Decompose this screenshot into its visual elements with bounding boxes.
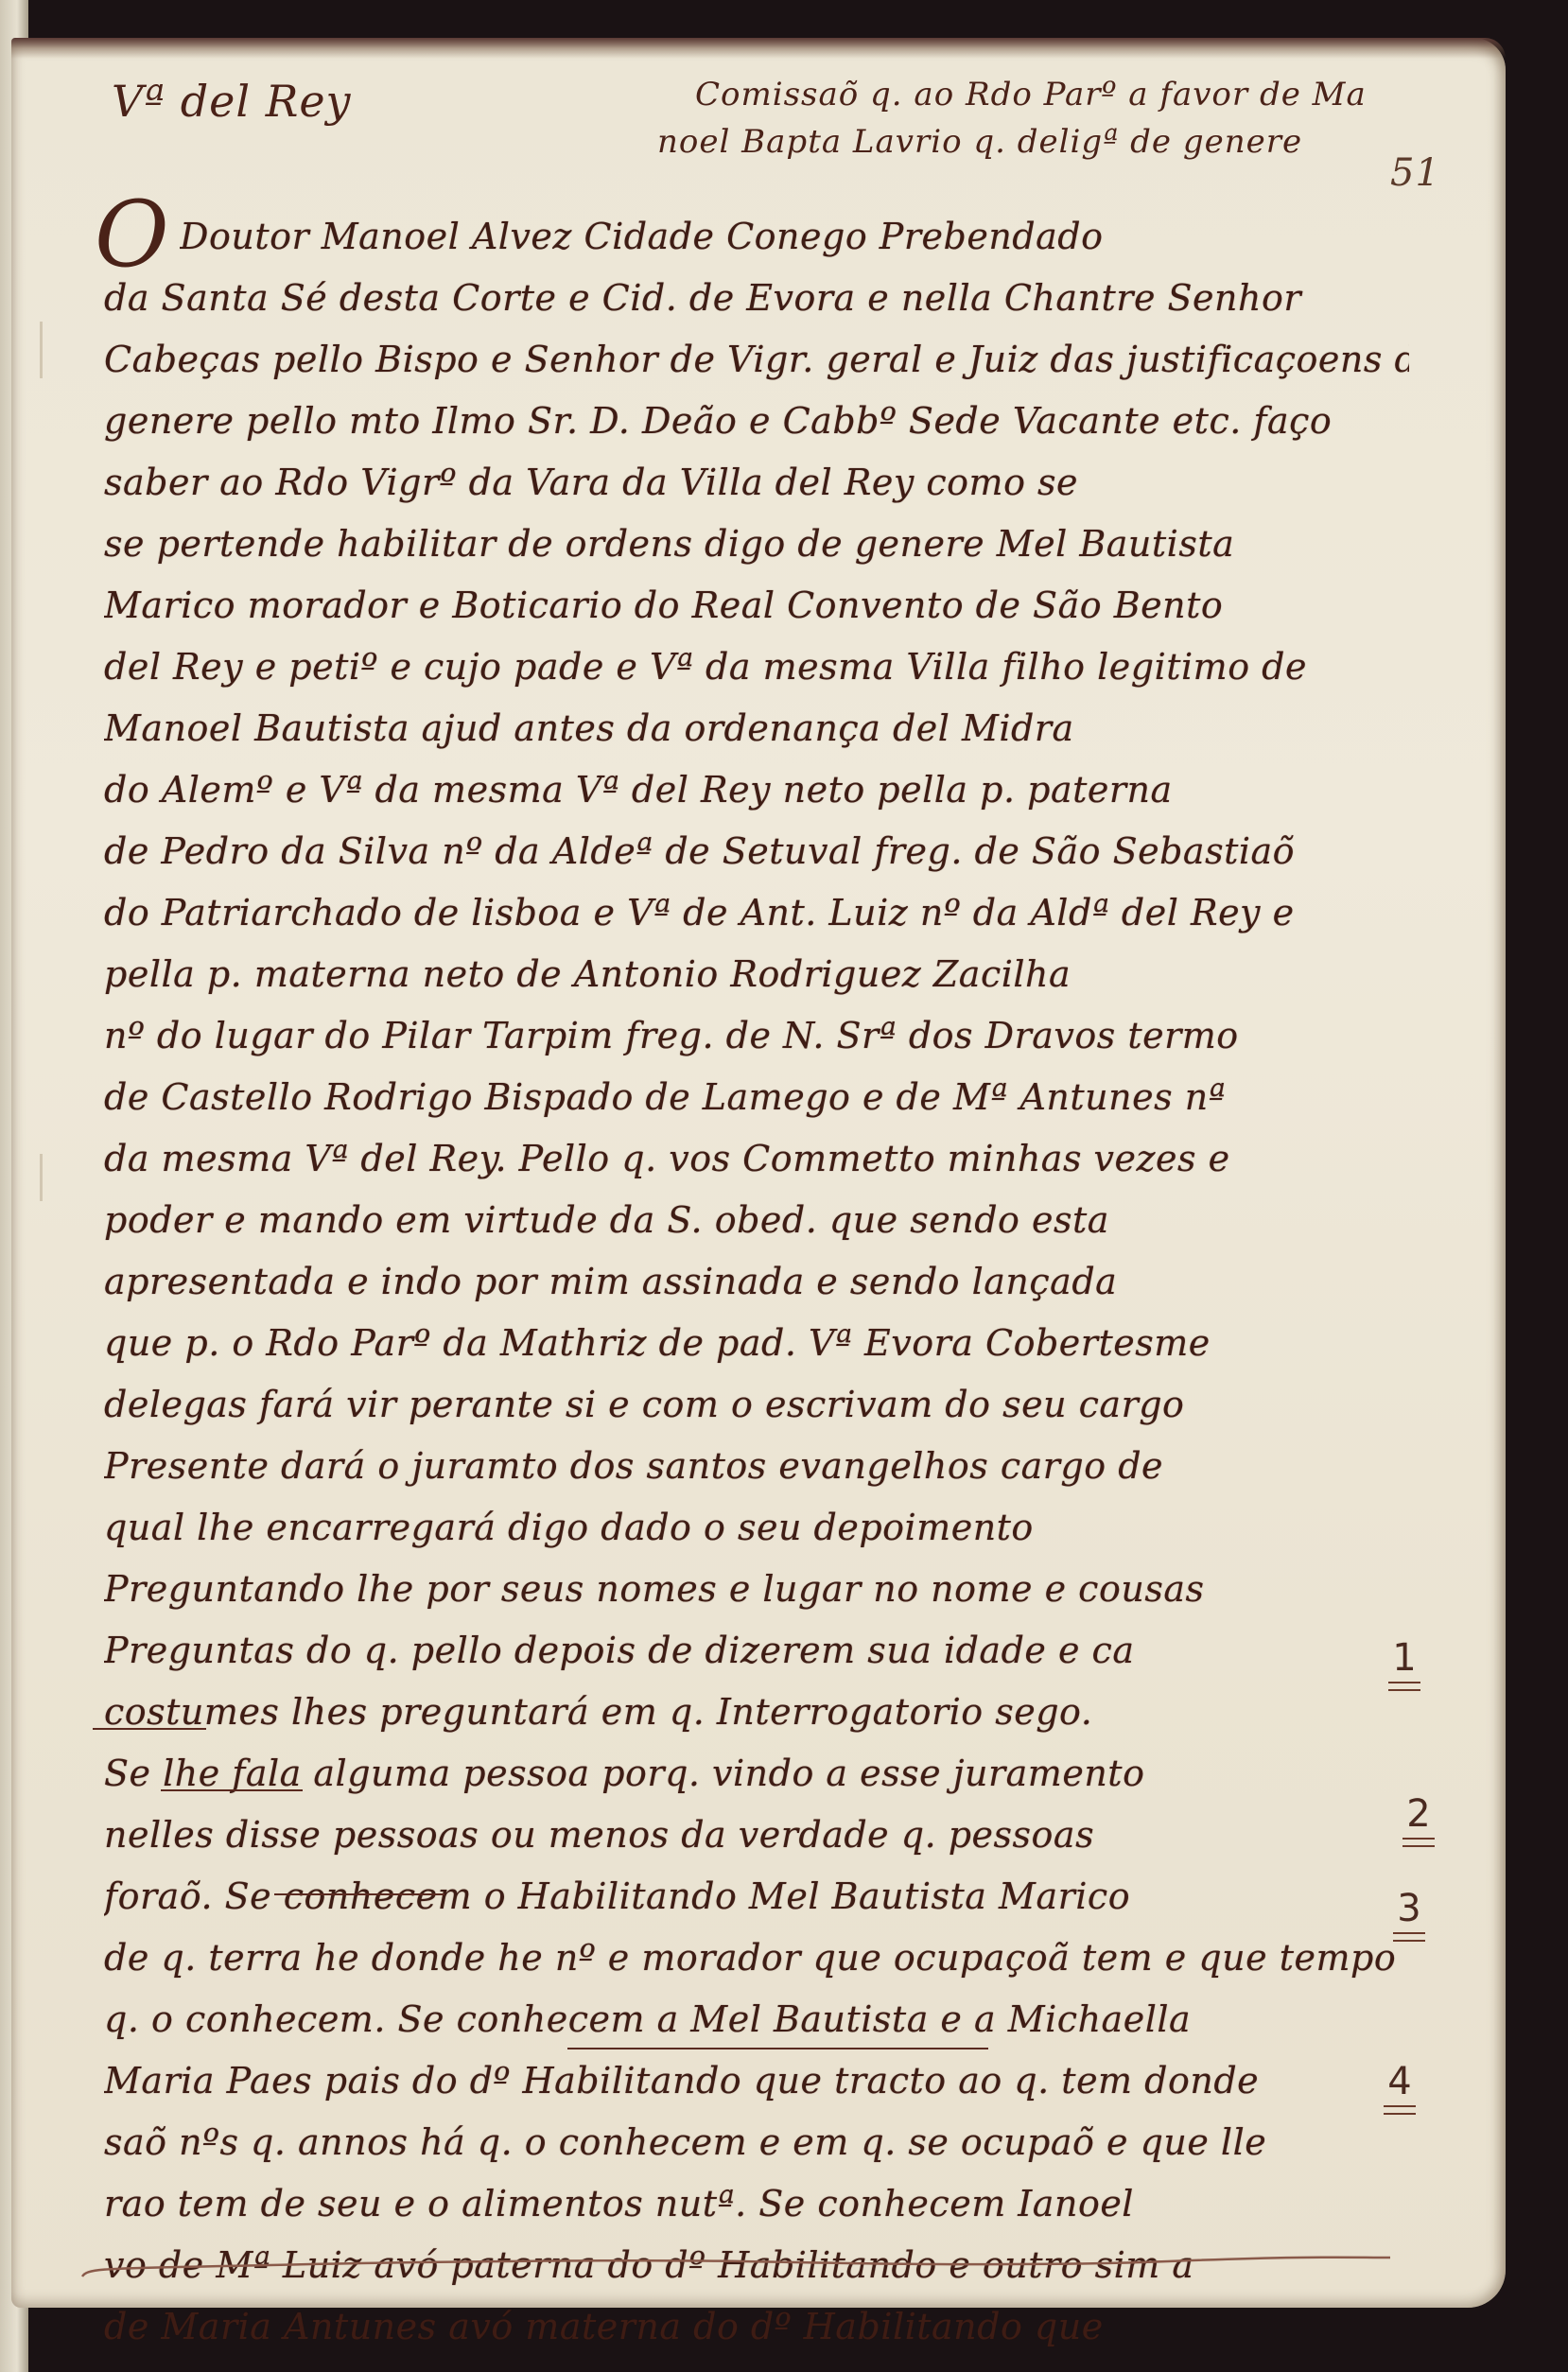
text-line: q. o conhecem. Se conhecem a Mel Bautist… <box>104 1991 1409 2048</box>
margin-number-text: 4 <box>1387 2060 1411 2103</box>
decorated-initial: O <box>95 189 170 280</box>
header-left-note: Vª del Rey <box>112 76 352 127</box>
header-right-line: Comissaõ q. ao Rdo Parº a favor de Ma <box>695 71 1471 118</box>
text-line: do Alemº e Vª da mesma Vª del Rey neto p… <box>104 761 1409 818</box>
text-line: de Castello Rodrigo Bispado de Lamego e … <box>104 1069 1409 1125</box>
text-line: de q. terra he donde he nº e morador que… <box>104 1929 1409 1986</box>
text-line: pella p. materna neto de Antonio Rodrigu… <box>104 946 1409 1003</box>
text-line: nelles disse pessoas ou menos da verdade… <box>104 1806 1409 1863</box>
text-line: Marico morador e Boticario do Real Conve… <box>104 577 1409 634</box>
folio-number: 51 <box>1390 151 1440 195</box>
text-line: que p. o Rdo Parº da Mathriz de pad. Vª … <box>104 1315 1409 1371</box>
text-line: Se lhe fala alguma pessoa porq. vindo a … <box>104 1745 1409 1802</box>
text-line: Cabeças pello Bispo e Senhor de Vigr. ge… <box>104 331 1409 388</box>
text-line: de Maria Antunes avó materna do dº Habil… <box>104 2298 1409 2355</box>
paper-crease <box>40 1154 43 1201</box>
text-line: Maria Paes pais do dº Habilitando que tr… <box>104 2052 1409 2109</box>
margin-item-number: 2 <box>1400 1792 1437 1847</box>
text-line: Preguntando lhe por seus nomes e lugar n… <box>104 1561 1409 1617</box>
underline-mark <box>93 1728 206 1730</box>
margin-number-text: 1 <box>1392 1636 1416 1680</box>
text-line: del Rey e petiº e cujo pade e Vª da mesm… <box>104 638 1409 695</box>
text-line: se pertende habilitar de ordens digo de … <box>104 515 1409 572</box>
underline-mark <box>274 1893 444 1895</box>
margin-item-number: 1 <box>1385 1636 1423 1691</box>
double-underline-mark <box>1384 2105 1416 2115</box>
text-line: saber ao Rdo Vigrº da Vara da Villa del … <box>104 454 1409 511</box>
text-line: foraõ. Se conhecem o Habilitando Mel Bau… <box>104 1868 1409 1925</box>
text-line: Manoel Bautista ajud antes da ordenança … <box>104 700 1409 757</box>
text-line: genere pello mto Ilmo Sr. D. Deão e Cabb… <box>104 392 1409 449</box>
text-line: Presente dará o juramto dos santos evang… <box>104 1438 1409 1494</box>
text-line: qual lhe encarregará digo dado o seu dep… <box>104 1499 1409 1556</box>
text-line: poder e mando em virtude da S. obed. que… <box>104 1192 1409 1248</box>
text-line: Preguntas do q. pello depois de dizerem … <box>104 1622 1409 1679</box>
header-right-note: Comissaõ q. ao Rdo Parº a favor de Ma no… <box>695 71 1471 166</box>
margin-item-number: 4 <box>1381 2060 1419 2115</box>
text-line: nº do lugar do Pilar Tarpim freg. de N. … <box>104 1007 1409 1064</box>
paper-crease <box>40 322 43 378</box>
text-line: da mesma Vª del Rey. Pello q. vos Commet… <box>104 1130 1409 1187</box>
underline-mark <box>567 2048 988 2049</box>
margin-number-text: 3 <box>1397 1887 1420 1930</box>
margin-number-text: 2 <box>1406 1792 1430 1836</box>
double-underline-mark <box>1388 1682 1420 1691</box>
text-line: delegas fará vir perante si e com o escr… <box>104 1376 1409 1433</box>
text-line: apresentada e indo por mim assinada e se… <box>104 1253 1409 1310</box>
text-line: de Pedro da Silva nº da Aldeª de Setuval… <box>104 823 1409 880</box>
text-line: rao tem de seu e o alimentos nutª. Se co… <box>104 2175 1409 2232</box>
text-line: costumes lhes preguntará em q. Interroga… <box>104 1683 1409 1740</box>
margin-item-number: 3 <box>1390 1887 1428 1942</box>
header-right-line: noel Bapta Lavrio q. deligª de genere <box>657 118 1471 166</box>
double-underline-mark <box>1402 1838 1435 1847</box>
text-line: saõ nºs q. annos há q. o conhecem e em q… <box>104 2114 1409 2171</box>
double-underline-mark <box>1393 1932 1425 1942</box>
underline-mark <box>161 1789 303 1791</box>
closing-rule-line <box>80 2256 1395 2278</box>
text-line: da Santa Sé desta Corte e Cid. de Evora … <box>104 270 1409 326</box>
text-line: Doutor Manoel Alvez Cidade Conego Preben… <box>180 208 1409 265</box>
text-line: do Patriarchado de lisboa e Vª de Ant. L… <box>104 884 1409 941</box>
